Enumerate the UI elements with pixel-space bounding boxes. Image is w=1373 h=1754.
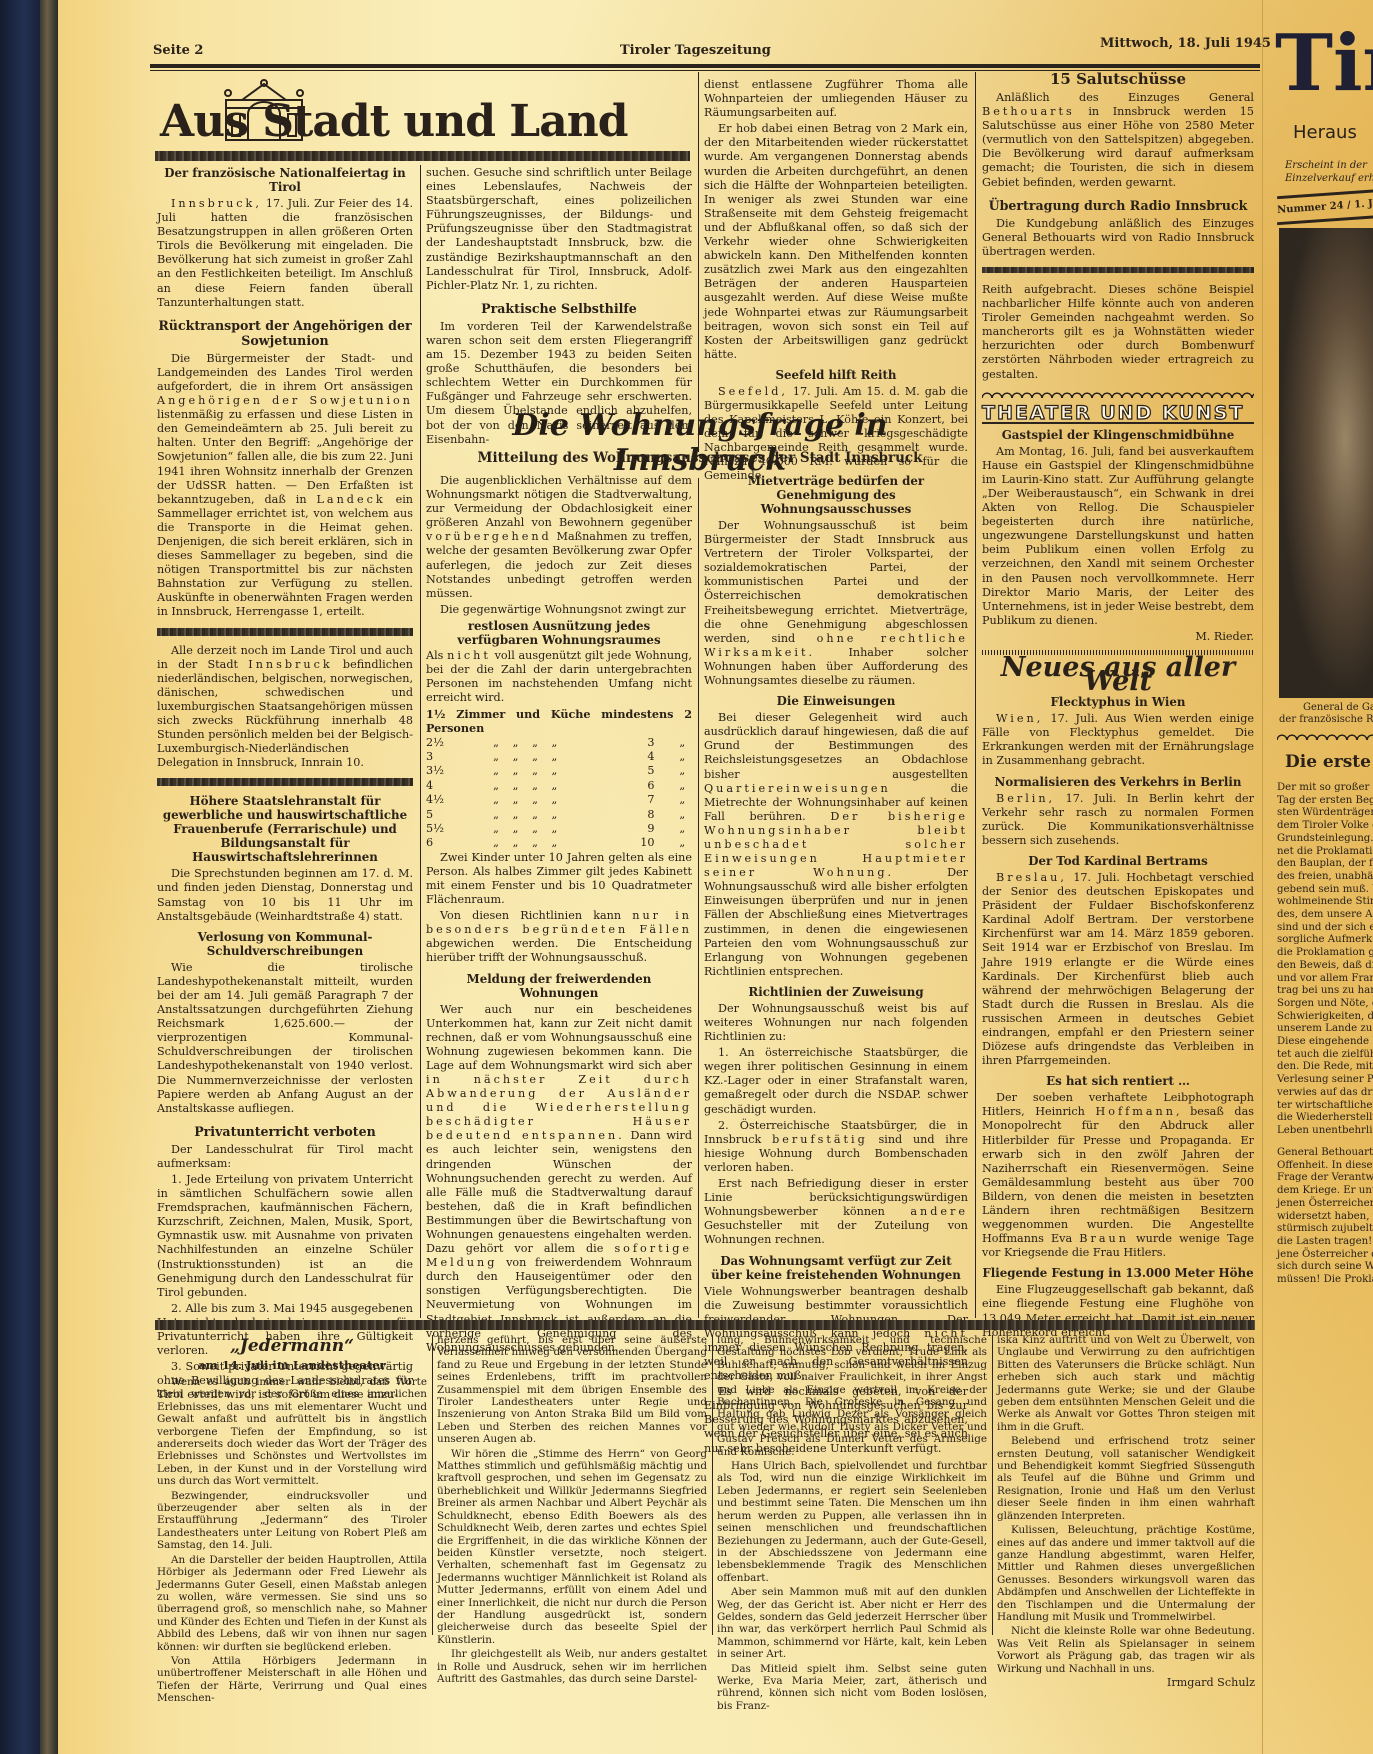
wavy-divider <box>982 390 1254 398</box>
text-line: General Bethouart lieb <box>1277 1147 1373 1160</box>
housing-headline: Die Wohnungsfrage in Innsbruck <box>430 408 970 478</box>
review-paragraph: Ihr gleichgestellt als Weib, nur anders … <box>437 1648 707 1685</box>
text-line: dem Tiroler Volke glich <box>1277 820 1373 833</box>
photo-caption: General de Ga <box>1303 702 1373 713</box>
text-line: Diese eingehende Kennt <box>1277 1036 1373 1049</box>
text-line: dem Kriege. Er untersche <box>1277 1185 1373 1198</box>
column-rule <box>698 72 699 452</box>
text-line: und vor allem Frankre <box>1277 973 1373 986</box>
table-row: 6„„„„10„ <box>426 836 692 850</box>
article-title: Seefeld hilft Reith <box>704 368 968 382</box>
text-line: den Bauplan, der für die <box>1277 858 1373 871</box>
text-line: ter wirtschaftlichen Wie <box>1277 1100 1373 1113</box>
text-line: jene Österreicher dieses <box>1277 1249 1373 1262</box>
article-title: Flecktyphus in Wien <box>982 695 1254 709</box>
article-body: Reith aufgebracht. Dieses schöne Beispie… <box>982 283 1254 382</box>
table-row: 3„„„„4„ <box>426 750 692 764</box>
article-title: Der Tod Kardinal Bertrams <box>982 854 1254 868</box>
article-title: Fliegende Festung in 13.000 Meter Höhe <box>982 1266 1254 1280</box>
article-body: Zwei Kinder unter 10 Jahren gelten als e… <box>426 851 692 907</box>
article-headline: Die erste Beg <box>1285 752 1373 772</box>
article-title: Rücktransport der Angehörigen der Sowjet… <box>157 318 413 348</box>
article-title: Höhere Staatslehranstalt für gewerbliche… <box>157 794 413 864</box>
divider <box>157 778 413 786</box>
article-body: dienst entlassene Zugführer Thoma alle W… <box>704 78 968 120</box>
review-paragraph: lung, Bühnenwirksamkeit und technische G… <box>717 1334 987 1458</box>
review-paragraph: Kulissen, Beleuchtung, prächtige Kostüme… <box>997 1524 1255 1623</box>
photo-caption: der französische Reg <box>1279 714 1373 725</box>
housing-right-column: Mietverträge bedürfen der Genehmigung de… <box>704 474 968 1458</box>
article-title: Verlosung von Kommunal-Schuldverschreibu… <box>157 930 413 958</box>
housing-subheadline: Mitteilung des Wohnungsausschusses der S… <box>430 450 970 466</box>
review-column-3: lung, Bühnenwirksamkeit und technische G… <box>717 1334 987 1714</box>
housing-left-column: Die augenblicklichen Verhältnisse auf de… <box>426 474 692 1357</box>
text-line: unserem Lande zu lösen <box>1277 1023 1373 1036</box>
text-line: sich durch seine Wahrhe <box>1277 1261 1373 1274</box>
article-body: Eine Flugzeuggesellschaft gab bekannt, d… <box>982 1283 1254 1339</box>
masthead: Tiro <box>1275 18 1373 109</box>
text-line: gebend sein muß. Wir ve <box>1277 884 1373 897</box>
author-signature: Irmgard Schulz <box>997 1677 1255 1689</box>
article-body: Er hob dabei einen Betrag von 2 Mark ein… <box>704 122 968 362</box>
table-row: 2½„„„„3„ <box>426 736 692 750</box>
text-line: Leben unentbehrlichen <box>1277 1125 1373 1138</box>
review-paragraph: Aber sein Mammon muß mit auf den dunklen… <box>717 1586 987 1660</box>
text-line: verwies auf das dringen <box>1277 1087 1373 1100</box>
article-body: 1. An österreichische Staatsbürger, die … <box>704 1046 968 1116</box>
text-line: sind und der sich entschl <box>1277 922 1373 935</box>
title-underline <box>155 151 690 161</box>
article-title: Praktische Selbsthilfe <box>426 301 692 316</box>
article-title: Meldung der freiwerdenden Wohnungen <box>426 972 692 1000</box>
masthead-subtitle: Heraus <box>1293 122 1357 143</box>
review-subtitle: am 14. Juli im Landestheater <box>157 1358 427 1372</box>
article-text: Der mit so großer SpaTag der ersten Bege… <box>1277 782 1373 1138</box>
newspaper-name: Tiroler Tageszeitung <box>620 43 771 58</box>
article-body: Der Wohnungsausschuß ist beim Bürgermeis… <box>704 519 968 688</box>
page-number: Seite 2 <box>153 43 203 58</box>
review-paragraph: Von Attila Hörbigers Jedermann in unüber… <box>157 1655 427 1705</box>
article-title: 15 Salutschüsse <box>982 72 1254 87</box>
rule <box>1277 188 1373 199</box>
article-body: Bei dieser Gelegenheit wird auch ausdrüc… <box>704 711 968 979</box>
divider <box>157 628 413 636</box>
article-body: Anläßlich des Einzuges General Bethouart… <box>982 91 1254 190</box>
table-row: 3½„„„„5„ <box>426 764 692 778</box>
review-paragraph: herzens geführt, bis erst über seine äuß… <box>437 1334 707 1446</box>
table-row: 4½„„„„7„ <box>426 793 692 807</box>
theater-section-title: THEATER UND KUNST <box>982 406 1254 420</box>
world-section-title: Neues aus aller Welt <box>982 661 1254 689</box>
masthead-note: Erscheint in der <box>1285 160 1367 171</box>
text-line: den Beweis, daß die <box>1277 960 1373 973</box>
text-line: Sorgen und Nöte, der <box>1277 998 1373 1011</box>
text-line: die Lasten tragen!“ Mög <box>1277 1236 1373 1249</box>
article-title: Der französische Nationalfeiertag in Tir… <box>157 166 413 194</box>
article-body: Alle derzeit noch im Lande Tirol und auc… <box>157 644 413 771</box>
review-column-2: herzens geführt, bis erst über seine äuß… <box>437 1334 707 1687</box>
room-table-header: 1½ Zimmer und Küche mindestens 2 Persone… <box>426 707 692 735</box>
column-rule <box>992 1335 993 1635</box>
text-line: stürmisch zujubelten. „Da <box>1277 1223 1373 1236</box>
text-line: Schwierigkeiten, die es <box>1277 1011 1373 1024</box>
text-line: Tag der ersten Begegnung <box>1277 795 1373 808</box>
article-body: Am Montag, 16. Juli, fand bei ausverkauf… <box>982 445 1254 628</box>
review-column-4: iska Kinz auftritt und von Welt zu Überw… <box>997 1334 1255 1689</box>
column-1: Der französische Nationalfeiertag in Tir… <box>157 166 413 1404</box>
section-divider <box>155 1320 1255 1330</box>
masthead-note: Einzelverkauf erh <box>1285 173 1373 184</box>
adjacent-page: Tiro Heraus Erscheint in der Einzelverka… <box>1262 0 1373 1754</box>
article-title: Richtlinien der Zuweisung <box>704 985 968 999</box>
column-rule <box>420 165 421 1318</box>
text-line: sten Würdenträger der Be <box>1277 807 1373 820</box>
section-title: Aus Stadt und Land <box>160 96 628 147</box>
column-2: suchen. Gesuche sind schriftlich unter B… <box>426 166 692 449</box>
review-column-1: Wenn es auch immer wahr bleibt, daß Wort… <box>157 1376 427 1707</box>
article-body: Der Landesschulrat für Tirol macht aufme… <box>157 1143 413 1171</box>
review-paragraph: Nicht die kleinste Rolle war ohne Bedeut… <box>997 1625 1255 1675</box>
text-line: Offenheit. In dieser Ar <box>1277 1160 1373 1173</box>
article-body: Wien, 17. Juli. Aus Wien werden einige F… <box>982 712 1254 768</box>
text-line: widersetzt haben, und jene <box>1277 1211 1373 1224</box>
column-4: 15 Salutschüsse Anläßlich des Einzuges G… <box>982 72 1254 1342</box>
text-line: müssen! Die Proklama <box>1277 1274 1373 1287</box>
author-signature: M. Rieder. <box>982 630 1254 644</box>
article-title: Die Einweisungen <box>704 694 968 708</box>
article-body: Die gegenwärtige Wohnungsnot zwingt zur <box>426 603 692 617</box>
header-rule <box>150 64 1260 68</box>
review-paragraph: Bezwingender, eindrucksvoller und überze… <box>157 1490 427 1552</box>
table-row: 5½„„„„9„ <box>426 822 692 836</box>
article-body: 2. Österreichische Staatsbürger, die in … <box>704 1119 968 1175</box>
subheading: restlosen Ausnützung jedes verfügbaren W… <box>426 619 692 647</box>
text-line: wohlmeinende Stimme e <box>1277 896 1373 909</box>
article-title: Es hat sich rentiert … <box>982 1074 1254 1088</box>
review-paragraph: An die Darsteller der beiden Hauptrollen… <box>157 1554 427 1653</box>
room-occupancy-table: 2½„„„„3„3„„„„4„3½„„„„5„4„„„„6„4½„„„„7„5„… <box>426 736 692 851</box>
article-title: Normalisieren des Verkehrs in Berlin <box>982 775 1254 789</box>
table-row: 5„„„„8„ <box>426 808 692 822</box>
review-paragraph: iska Kinz auftritt und von Welt zu Überw… <box>997 1334 1255 1433</box>
portrait-photo <box>1279 228 1373 698</box>
text-line: Grundsteinlegung. In klar <box>1277 833 1373 846</box>
text-line: des freien, unabhängige <box>1277 871 1373 884</box>
column-rule <box>712 1335 713 1635</box>
text-line: die Wiederherstellung d <box>1277 1112 1373 1125</box>
column-rule <box>698 478 699 1318</box>
article-body: Innsbruck, 17. Juli. Zur Feier des 14. J… <box>157 197 413 310</box>
article-body: Wie die tirolische Landeshypothekenansta… <box>157 961 413 1116</box>
text-line: Der mit so großer Spa <box>1277 782 1373 795</box>
article-body: Berlin, 17. Juli. In Berlin kehrt der Ve… <box>982 792 1254 848</box>
wavy-divider <box>1277 732 1373 740</box>
text-line: sorgliche Aufmerksamk <box>1277 934 1373 947</box>
text-line: die Proklamation gena <box>1277 947 1373 960</box>
article-title: Das Wohnungsamt verfügt zur Zeit über ke… <box>704 1254 968 1282</box>
review-title: „Jedermann“ <box>157 1336 427 1356</box>
article-body: suchen. Gesuche sind schriftlich unter B… <box>426 166 692 293</box>
binding-edge <box>40 0 58 1754</box>
article-title: Gastspiel der Klingenschmidbühne <box>982 428 1254 442</box>
article-body: Der Wohnungsausschuß weist bis auf weite… <box>704 1002 968 1044</box>
text-line: tet auch die zielführend <box>1277 1049 1373 1062</box>
article-body: 1. Jede Erteilung von privatem Unterrich… <box>157 1173 413 1300</box>
review-paragraph: Hans Ulrich Bach, spielvollendet und fur… <box>717 1460 987 1584</box>
article-text: General Bethouart liebOffenheit. In dies… <box>1277 1147 1373 1287</box>
article-title: Mietverträge bedürfen der Genehmigung de… <box>704 474 968 516</box>
article-body: Von diesen Richtlinien kann nur in beson… <box>426 909 692 965</box>
text-line: trag bei uns zu handel <box>1277 985 1373 998</box>
book-binding <box>0 0 40 1754</box>
article-body: Als nicht voll ausgenützt gilt jede Wohn… <box>426 649 692 705</box>
text-line: Frage der Verantwortlic <box>1277 1172 1373 1185</box>
column-rule <box>432 1335 433 1635</box>
review-paragraph: Das Mitleid spielt ihm. Selbst seine gut… <box>717 1663 987 1713</box>
text-line: net die Proklamation G <box>1277 846 1373 859</box>
review-paragraph: Belebend und erfrischend trotz seiner er… <box>997 1435 1255 1522</box>
article-body: Der soeben verhaftete Leibphotograph Hit… <box>982 1091 1254 1260</box>
review-paragraph: Wir hören die „Stimme des Herrn“ von Geo… <box>437 1448 707 1647</box>
article-body: Erst nach Befriedigung dieser in erster … <box>704 1177 968 1247</box>
article-title: Privatunterricht verboten <box>157 1124 413 1139</box>
divider <box>982 267 1254 273</box>
article-body: Wer auch nur ein bescheidenes Unterkomme… <box>426 1003 692 1355</box>
text-line: Verlesung seiner Prok <box>1277 1074 1373 1087</box>
text-line: den. Die Rede, mit der G <box>1277 1061 1373 1074</box>
article-title: Übertragung durch Radio Innsbruck <box>982 198 1254 213</box>
article-body: Die Bürgermeister der Stadt- und Landgem… <box>157 352 413 620</box>
review-paragraph: Wenn es auch immer wahr bleibt, daß Wort… <box>157 1376 427 1488</box>
rule <box>1277 214 1373 225</box>
article-body: Die Sprechstunden beginnen am 17. d. M. … <box>157 867 413 923</box>
table-row: 4„„„„6„ <box>426 779 692 793</box>
text-line: jenen Österreichern, die <box>1277 1198 1373 1211</box>
article-body: Breslau, 17. Juli. Hochbetagt verschied … <box>982 871 1254 1068</box>
article-body: Die Kundgebung anläßlich des Einzuges Ge… <box>982 217 1254 259</box>
text-line: des, dem unsere Ange <box>1277 909 1373 922</box>
column-rule <box>975 72 976 1318</box>
issue-date: Mittwoch, 18. Juli 1945 <box>1100 36 1271 51</box>
article-body: Die augenblicklichen Verhältnisse auf de… <box>426 474 692 601</box>
